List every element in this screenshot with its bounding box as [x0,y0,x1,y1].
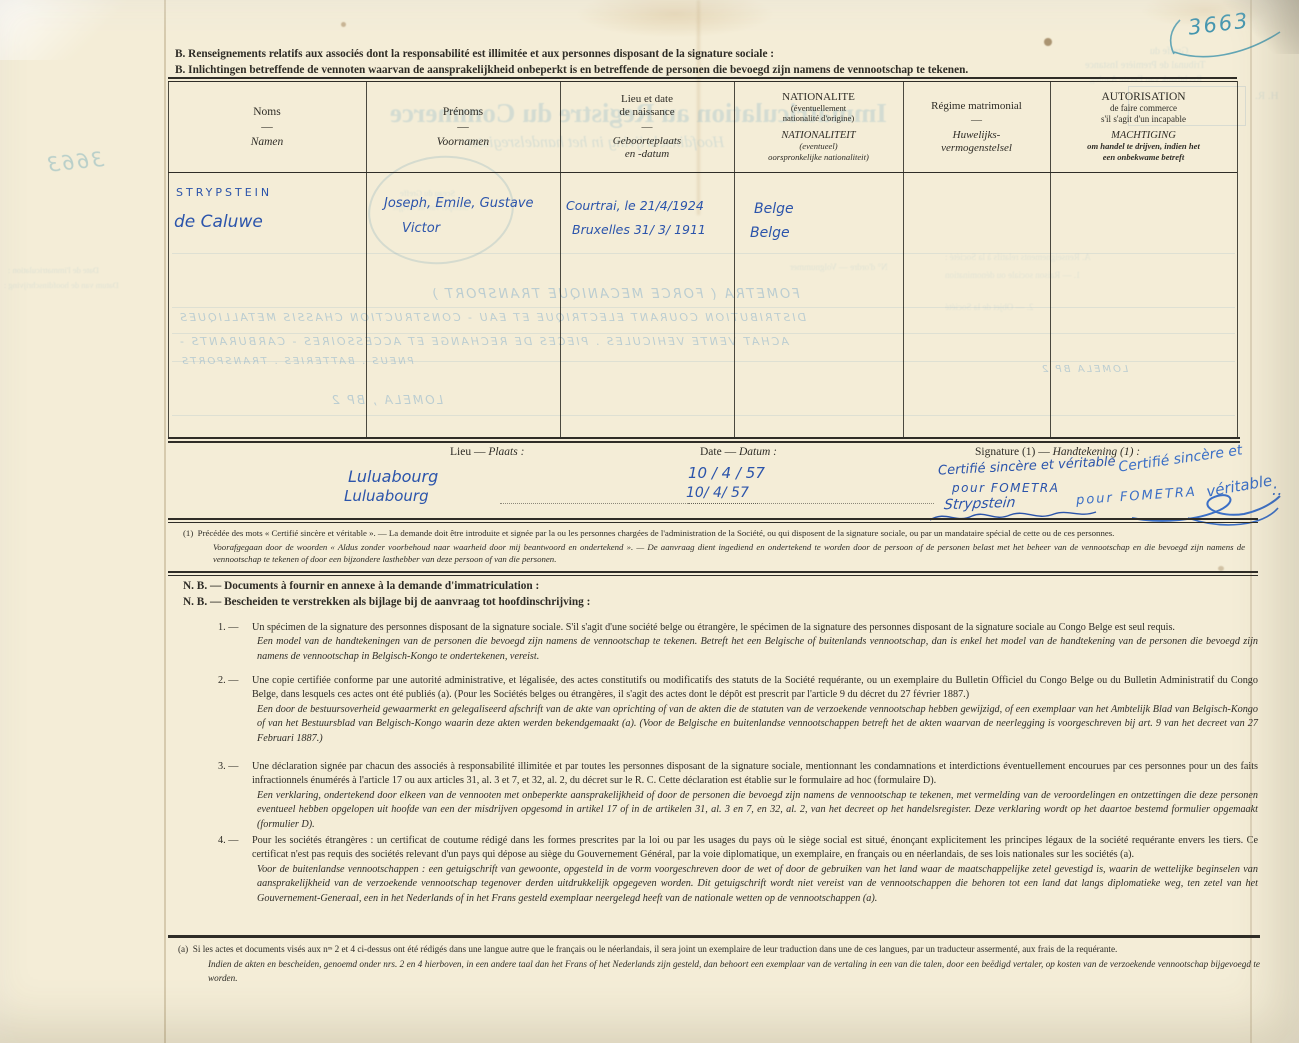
footnote-a-fr-text: Si les actes et documents visés aux nᵒˢ … [193,944,1118,954]
footnote-a-nl-text: Indien de akten en bescheiden, genoemd o… [178,957,1260,985]
bleedthrough-ruled-line [172,307,1235,308]
nb-line-fr: N. B. — Documents à fournir en annexe à … [183,580,539,592]
lieu-label-fr: Lieu [450,446,471,458]
footnote-a-number: (a) [178,944,188,954]
bleedthrough-ruled-line [172,415,1235,416]
lieu-value-1: Luluabourg [348,467,438,486]
document-page: Immatriculation au Registre du Commerce … [0,0,1299,1043]
header-autorisation-fr1: AUTORISATION [1101,92,1185,103]
nb-top-rule-thin [168,575,1258,576]
paper-stain [575,0,775,38]
item-3-nl: Een verklaring, ondertekend door elkeen … [257,789,1258,832]
signature-row-bottom-rule [168,518,1258,520]
date-dotted-line [688,503,934,504]
header-regime-nl2: vermogenstelsel [941,142,1012,155]
footnote-1: (1) Précédée des mots « Certifié sincère… [183,527,1245,567]
column-header-autorisation: AUTORISATION de faire commerce s'il s'ag… [1050,82,1237,172]
item-1-nl: Een model van de handtekeningen van de p… [257,635,1258,664]
bleedthrough-handwriting: LOMELA BP 2 [1040,364,1128,375]
certification-left-line1: Certifié sincère et véritable [938,454,1116,478]
header-noms-fr: Noms [253,106,280,118]
entry-birth-2: Bruxelles 31/ 3/ 1911 [572,222,706,237]
bleedthrough-print: H. R. [1255,90,1279,102]
item-2-number: 2. — [218,674,250,688]
signature-right-flourish [1128,488,1283,530]
header-nationalite-nl3: oorspronkelijke nationaliteit) [768,152,869,163]
requirement-item-4: 4. — Pour les sociétés étrangères : un c… [252,834,1258,906]
header-autorisation-fr3: s'il s'agit d'un incapable [1101,114,1186,125]
column-header-naissance: Lieu et date de naissance — Geboorteplaa… [560,82,734,172]
footnote-1-nl-text: Voorafgegaan door de woorden « Aldus zon… [183,541,1245,566]
header-dash: — [457,121,469,133]
label-dash: — [474,446,486,458]
table-bottom-rule [168,437,1240,439]
header-regime-fr: Régime matrimonial [931,100,1022,113]
requirement-item-1: 1. — Un spécimen de la signature des per… [252,621,1258,664]
bleedthrough-ruled-line [172,253,1235,254]
item-2-fr: Une copie certifiée conforme par une aut… [252,674,1258,703]
table-header-separator [168,172,1237,173]
column-header-regime: Régime matrimonial — Huwelijks- vermogen… [903,82,1050,172]
header-noms-nl: Namen [251,136,284,148]
fold-crease-left [164,0,166,1043]
header-dash: — [971,114,982,127]
bleedthrough-print: Datum van de hoofdinschrijving : [4,280,119,290]
item-4-nl: Voor de buitenlandse vennootschappen : e… [257,863,1258,906]
lieu-label-nl: Plaats : [488,446,524,458]
paper-spot [1044,38,1052,46]
column-header-prenoms: Prénoms — Voornamen [366,82,560,172]
date-value-1: 10 / 4 / 57 [688,464,765,482]
label-dash: — [1038,446,1050,458]
table-column-line [1237,81,1238,438]
bleedthrough-print: 1. — Raison sociale ou dénomination [945,270,1080,280]
bleedthrough-handwriting: ACHAT VENTE VEHICULES . PIECES DE RECHAN… [178,335,789,348]
header-dash: — [261,121,273,133]
header-nationalite-nl1: NATIONALITEIT [781,131,855,142]
signature-row-bottom-rule-thin [168,522,1258,523]
date-label: Date — Datum : [700,446,777,458]
bleedthrough-ruled-line [172,361,1235,362]
header-naissance-nl2: en -datum [625,148,669,161]
section-b-title-fr: B. Renseignements relatifs aux associés … [175,48,1244,60]
table-bottom-rule-2 [168,441,1240,443]
header-dash: — [642,121,653,134]
entry-surname-1: Strypstein [176,186,272,199]
lieu-label: Lieu — Plaats : [450,446,524,458]
item-1-fr: Un spécimen de la signature des personne… [252,621,1258,635]
paper-spot [341,22,346,27]
header-naissance-nl1: Geboorteplaats [613,135,681,148]
column-header-noms: Noms — Namen [168,82,366,172]
item-3-fr: Une déclaration signée par chacun des as… [252,760,1258,789]
entry-birth-1: Courtrai, le 21/4/1924 [566,198,704,213]
footnote-1-fr-text: Précédée des mots « Certifié sincère et … [198,528,1115,538]
entry-nationality-2: Belge [750,225,790,241]
header-nationalite-fr3: nationalité d'origine) [783,113,854,124]
certification-left-line2: pour FOMETRA [952,481,1059,495]
requirement-item-3: 3. — Une déclaration signée par chacun d… [252,760,1258,832]
header-naissance-fr1: Lieu et date [621,93,673,106]
bleedthrough-handwriting: FOMETRA ( FORCE MECANIQUE TRANSPORT ) [430,287,800,302]
entry-nationality-1: Belge [754,201,794,217]
entry-firstnames-1: Joseph, Emile, Gustave [384,196,534,211]
signature-label-fr: Signature (1) [975,446,1035,458]
signature-left-squiggle [928,508,1098,526]
header-nationalite-fr1: NATIONALITE [782,92,855,103]
table-top-rule [168,77,1237,79]
header-naissance-fr2: de naissance [619,106,674,119]
footnote-a-fr: (a) Si les actes et documents visés aux … [178,942,1260,956]
requirement-item-2: 2. — Une copie certifiée conforme par un… [252,674,1258,746]
certification-right-marks: :. [1272,480,1282,499]
footnote-a: (a) Si les actes et documents visés aux … [178,942,1260,986]
corner-highlight [0,0,160,60]
entry-firstnames-2: Victor [402,221,440,236]
item-2-nl: Een door de bestuursoverheid gewaarmerkt… [257,703,1258,746]
item-1-number: 1. — [218,621,250,635]
header-autorisation-nl3: een onbekwame betreft [1103,152,1185,163]
footnote-1-number: (1) [183,528,193,538]
header-autorisation-fr2: de faire commerce [1110,103,1177,114]
footnote-1-fr: (1) Précédée des mots « Certifié sincère… [183,527,1245,540]
nb-line-nl: N. B. — Bescheiden te verstrekken als bi… [183,596,590,608]
date-label-nl: Datum : [739,446,777,458]
bleedthrough-handwriting: DISTRIBUTION COURANT ELECTRIQUE ET EAU -… [178,311,806,324]
header-autorisation-nl1: MACHTIGING [1111,130,1176,141]
header-prenoms-fr: Prénoms [443,106,483,118]
bleedthrough-print: Date de l'immatriculation : [8,265,99,275]
entry-surname-2: de Caluwe [174,212,263,232]
label-dash: — [725,446,737,458]
bleedthrough-print: N° d'ordre — Volgnummer [790,262,888,272]
header-autorisation-nl2: om handel te drijven, indien het [1087,141,1200,152]
header-regime-nl1: Huwelijks- [953,129,1001,142]
date-value-2: 10/ 4/ 57 [686,485,749,501]
section-b-title-nl: B. Inlichtingen betreffende de vennoten … [175,64,1244,76]
bleedthrough-ruled-line [172,333,1235,334]
item-4-number: 4. — [218,834,250,848]
lieu-value-2: Luluabourg [344,487,429,505]
column-header-nationalite: NATIONALITE (éventuellement nationalité … [734,82,903,172]
item-3-number: 3. — [218,760,250,774]
nb-top-rule [168,571,1258,573]
footnote-a-top-rule [168,935,1260,938]
header-prenoms-nl: Voornamen [437,136,489,148]
bleedthrough-number: 3663 [44,147,105,177]
header-nationalite-nl2: (eventueel) [799,141,837,152]
bleedthrough-handwriting: LOMELA , BP 2 [330,393,443,407]
date-label-fr: Date [700,446,722,458]
header-nationalite-fr2: (éventuellement [791,103,846,114]
item-4-fr: Pour les sociétés étrangères : un certif… [252,834,1258,863]
